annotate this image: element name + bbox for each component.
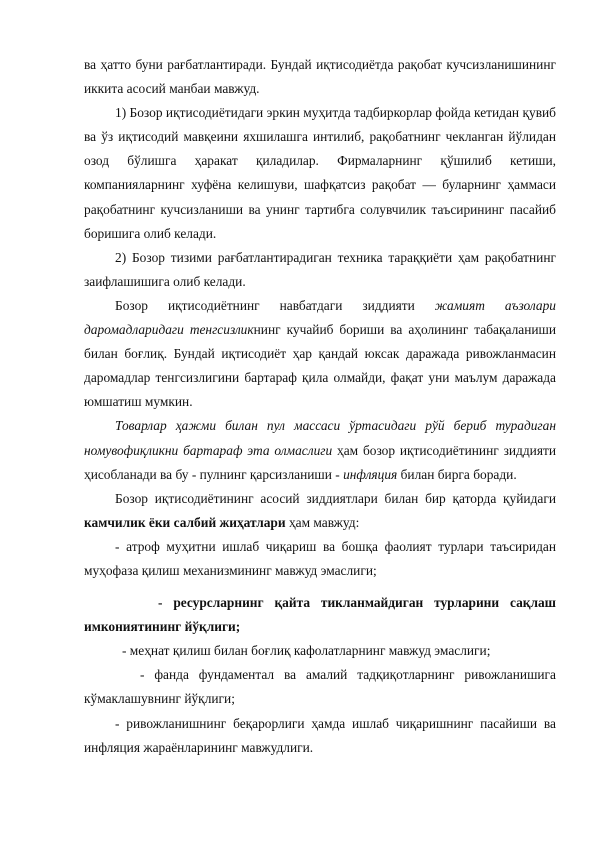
text-span: билан бирга боради. bbox=[397, 467, 516, 482]
list-item-science: - фанда фундаментал ва амалий тадқиқотла… bbox=[84, 663, 556, 711]
text-span: - фанда фундаментал ва амалий тадқиқотла… bbox=[84, 667, 556, 706]
text-span: - атроф муҳитни ишлаб чиқариш ва бошқа ф… bbox=[84, 539, 556, 578]
paragraph-continuation: ва ҳатто буни рағбатлантиради. Бундай иқ… bbox=[84, 53, 556, 101]
text-span: Бозор иқтисодиётининг асосий зиддиятлари… bbox=[115, 491, 556, 506]
list-item-resources: - ресурсларнинг қайта тикланмайдиган тур… bbox=[84, 591, 556, 639]
text-span: - ривожланишнинг беқарорлиги ҳамда ишлаб… bbox=[84, 716, 556, 755]
text-span: - меҳнат қилиш билан боғлиқ кафолатларни… bbox=[122, 643, 490, 658]
bold-span: - ресурсларнинг қайта тикланмайдиган тур… bbox=[84, 595, 556, 634]
bold-span: камчилик ёки салбий жиҳатлари bbox=[84, 515, 286, 530]
list-item-environment: - атроф муҳитни ишлаб чиқариш ва бошқа ф… bbox=[84, 535, 556, 583]
list-item-labor-guarantees: - меҳнат қилиш билан боғлиқ кафолатларни… bbox=[84, 639, 556, 663]
text-span: ва ҳатто буни рағбатлантиради. Бундай иқ… bbox=[84, 57, 556, 96]
list-item-instability: - ривожланишнинг беқарорлиги ҳамда ишлаб… bbox=[84, 712, 556, 760]
italic-span: инфляция bbox=[343, 467, 397, 482]
document-page: ва ҳатто буни рағбатлантиради. Бундай иқ… bbox=[84, 53, 556, 760]
paragraph-shortcomings-intro: Бозор иқтисодиётининг асосий зиддиятлари… bbox=[84, 487, 556, 535]
paragraph-income-inequality: Бозор иқтисодиётнинг навбатдаги зиддияти… bbox=[84, 294, 556, 414]
text-span: Бозор иқтисодиётнинг навбатдаги зиддияти bbox=[115, 298, 435, 313]
text-span: 2) Бозор тизими рағбатлантирадиган техни… bbox=[84, 250, 556, 289]
paragraph-source-2: 2) Бозор тизими рағбатлантирадиган техни… bbox=[84, 246, 556, 294]
text-span: ҳам мавжуд: bbox=[286, 515, 360, 530]
text-span: 1) Бозор иқтисодиётидаги эркин муҳитда т… bbox=[84, 105, 556, 240]
paragraph-source-1: 1) Бозор иқтисодиётидаги эркин муҳитда т… bbox=[84, 101, 556, 246]
paragraph-inflation: Товарлар ҳажми билан пул массаси ўртасид… bbox=[84, 414, 556, 486]
